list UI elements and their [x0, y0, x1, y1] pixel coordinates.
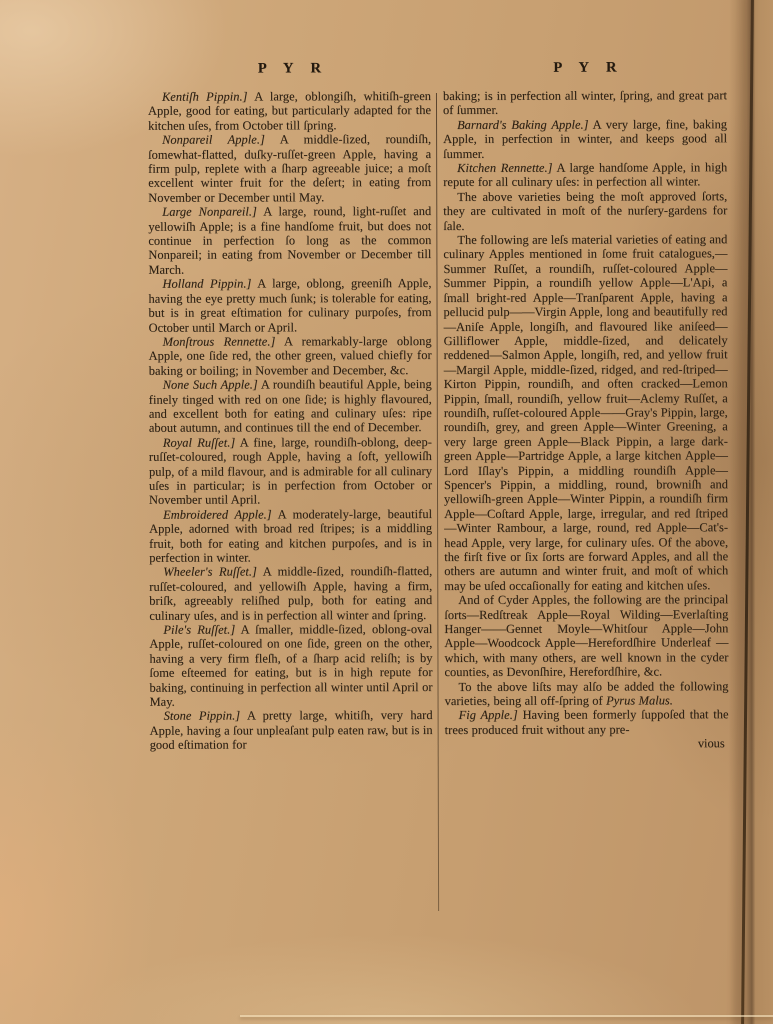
left-column: P Y R Kentiſh Pippin.] A large, oblongiſ… — [148, 60, 433, 912]
entry-name: Stone Pippin.] — [164, 709, 241, 723]
entry-name: Large Nonpareil.] — [162, 205, 257, 219]
catchword: vious — [445, 737, 729, 752]
para-stone-pippin-continuation: baking; is in perfection all winter, ſpr… — [443, 88, 727, 118]
entry-name: Wheeler's Ruſſet.] — [163, 565, 257, 579]
column-divider-rule — [436, 93, 439, 911]
entry-name: Monſtrous Rennette.] — [163, 334, 276, 348]
entry-piles-russet: Pile's Ruſſet.] A ſmaller, middle-ſized,… — [149, 622, 432, 709]
entry-fig-apple: Fig Apple.] Having been formerly ſuppoſe… — [445, 708, 729, 738]
running-header-left: P Y R — [148, 60, 431, 78]
running-header-right: P Y R — [443, 59, 727, 77]
entry-barnards-baking-apple: Barnard's Baking Apple.] A very large, f… — [443, 117, 727, 161]
entry-large-nonpareil: Large Nonpareil.] A large, round, light-… — [148, 204, 431, 277]
entry-name: Kentiſh Pippin.] — [162, 89, 248, 103]
para-body: To the above liſts may alſo be added the… — [445, 679, 729, 708]
entry-monstrous-rennette: Monſtrous Rennette.] A remarkably-large … — [149, 334, 432, 378]
para-body: And of Cyder Apples, the following are t… — [444, 592, 728, 679]
latin-name-pyrus-malus: Pyrus Malus. — [606, 693, 673, 707]
entry-stone-pippin: Stone Pippin.] A pretty large, whitiſh, … — [150, 708, 433, 752]
para-cyder-apples: And of Cyder Apples, the following are t… — [444, 592, 728, 679]
entry-name: Holland Pippin.] — [162, 277, 251, 291]
para-additional-varieties: To the above liſts may alſo be added the… — [445, 679, 729, 709]
entry-name: Kitchen Rennette.] — [457, 161, 552, 175]
entry-none-such-apple: None Such Apple.] A roundiſh beautiful A… — [149, 377, 432, 435]
entry-name: None Such Apple.] — [163, 378, 258, 392]
entry-embroidered-apple: Embroidered Apple.] A moderately-large, … — [149, 507, 432, 565]
para-approved-sorts: The above varieties being the moſt appro… — [443, 189, 727, 233]
entry-name: Barnard's Baking Apple.] — [457, 117, 588, 131]
page-bottom-edge-highlight — [240, 1015, 773, 1017]
entry-body: baking; is in perfection all winter, ſpr… — [443, 88, 727, 117]
para-less-material-varieties: The following are leſs material varietie… — [443, 232, 728, 593]
text-block: P Y R Kentiſh Pippin.] A large, oblongiſ… — [148, 59, 730, 912]
entry-royal-russet: Royal Ruſſet.] A fine, large, roundiſh-o… — [149, 435, 432, 508]
para-body: The above varieties being the moſt appro… — [443, 189, 727, 233]
para-body: The following are leſs material varietie… — [443, 232, 728, 592]
entry-name: Embroidered Apple.] — [163, 507, 272, 521]
entry-name: Pile's Ruſſet.] — [163, 623, 235, 637]
entry-wheelers-russet: Wheeler's Ruſſet.] A middle-ſized, round… — [149, 564, 432, 622]
entry-name: Fig Apple.] — [459, 708, 518, 722]
entry-nonpareil-apple: Nonpareil Apple.] A middle-ſized, roundi… — [148, 132, 431, 205]
entry-name: Nonpareil Apple.] — [162, 133, 265, 147]
right-column: P Y R baking; is in perfection all winte… — [443, 59, 729, 911]
entry-holland-pippin: Holland Pippin.] A large, oblong, greeni… — [148, 276, 431, 334]
book-page-scan: P Y R Kentiſh Pippin.] A large, oblongiſ… — [0, 0, 773, 1024]
entry-kitchen-rennette: Kitchen Rennette.] A large handſome Appl… — [443, 160, 727, 190]
entry-kentish-pippin: Kentiſh Pippin.] A large, oblongiſh, whi… — [148, 89, 431, 133]
entry-name: Royal Ruſſet.] — [163, 435, 235, 449]
